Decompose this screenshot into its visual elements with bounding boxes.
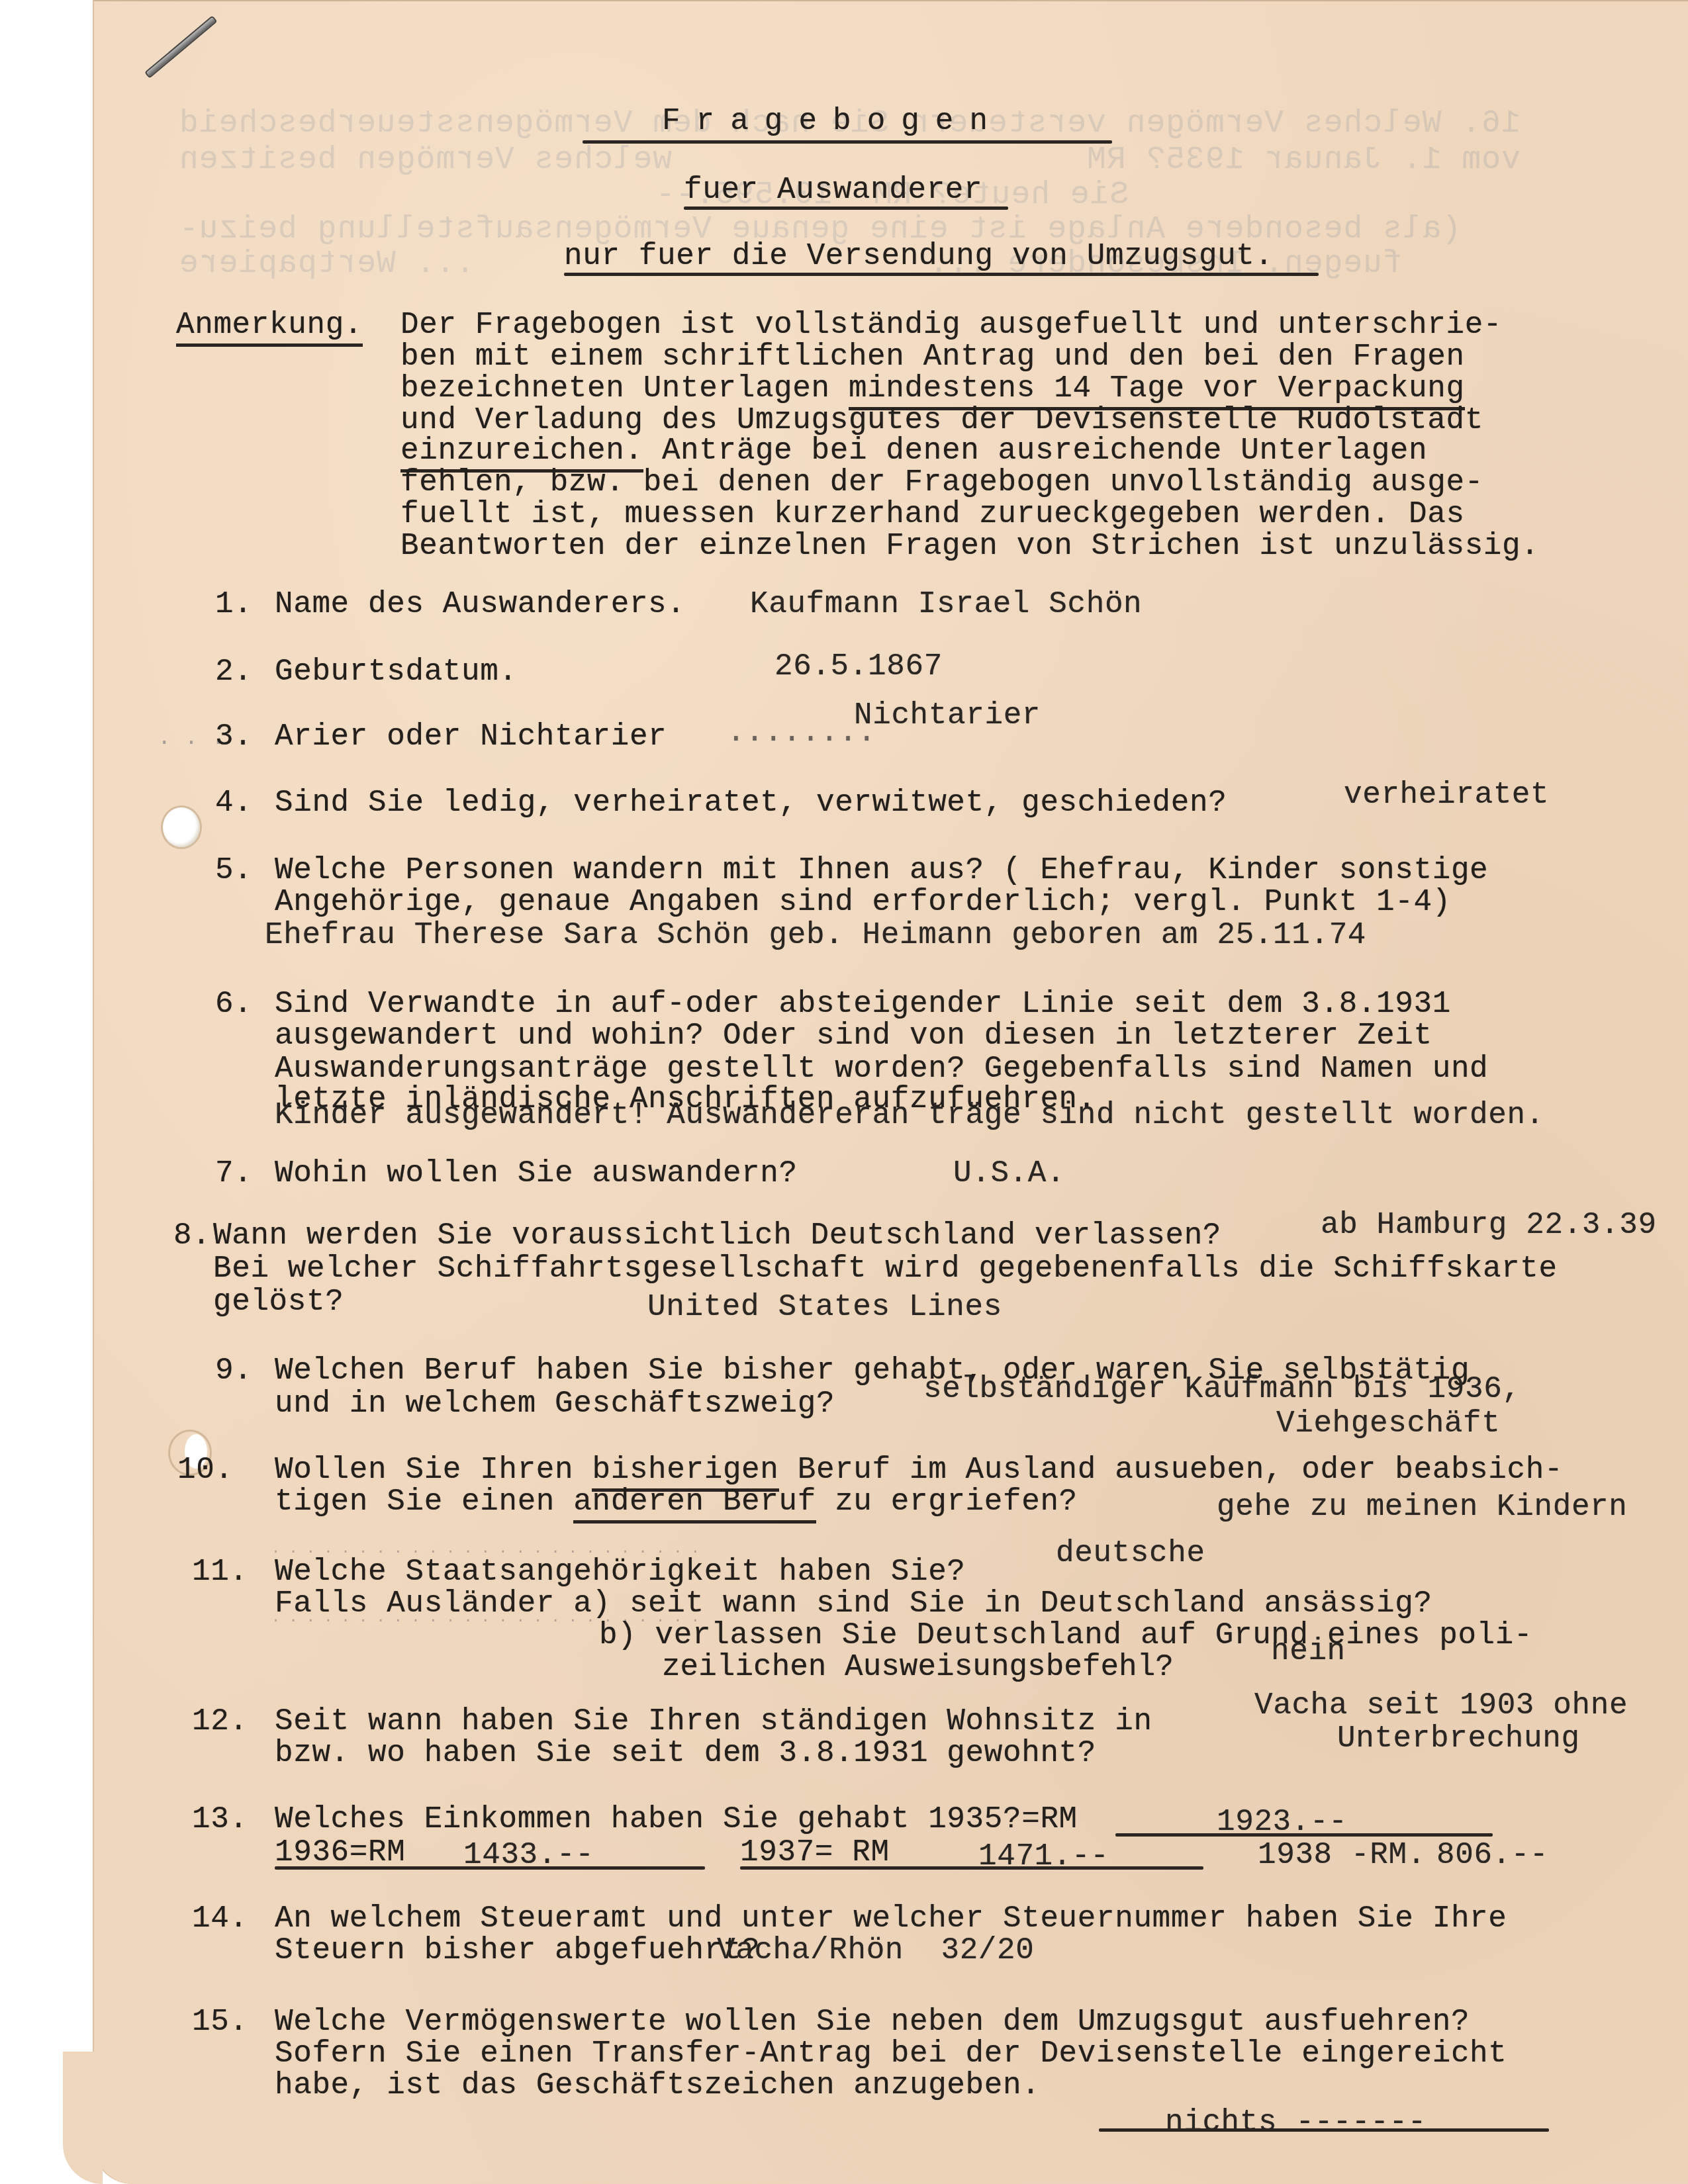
question-text: habe, ist das Geschäftszeichen anzugeben…	[275, 2069, 1040, 2102]
question-text: Steuern bisher abgefuehrt?	[275, 1934, 760, 1967]
note-line: fuellt ist, muessen kurzerhand zurueckge…	[400, 498, 1465, 531]
note-line: bezeichneten Unterlagen mindestens 14 Ta…	[400, 372, 1465, 405]
question-text: Welche Staatsangehörigkeit haben Sie?	[275, 1555, 966, 1588]
question-text: Geburtsdatum.	[275, 655, 518, 688]
note-line: ben mit einem schriftlichen Antrag und d…	[400, 340, 1465, 373]
subtitle2-underline	[564, 273, 1319, 276]
answer-ancestry: Nichtarier	[854, 699, 1041, 732]
question-text: bzw. wo haben Sie seit dem 3.8.1931 gewo…	[275, 1737, 1096, 1770]
question-text: zeilichen Ausweisungsbefehl?	[662, 1651, 1174, 1684]
question-text: Sind Sie ledig, verheiratet, verwitwet, …	[275, 786, 1227, 819]
question-text: Wollen Sie Ihren bisherigen Beruf im Aus…	[275, 1453, 1563, 1486]
question-text: Sind Verwandte in auf-oder absteigender …	[275, 987, 1451, 1021]
question-text: Welches Einkommen haben Sie gehabt 1935?…	[275, 1803, 1078, 1836]
question-number: 8.	[173, 1219, 211, 1252]
note-line: und Verladung des Umzugsgutes der Devise…	[400, 404, 1483, 437]
answer-shipping-line: United States Lines	[647, 1291, 1002, 1324]
punch-hole	[163, 807, 200, 847]
note-line-text: Anträge bei denen ausreichende Unterlage…	[643, 433, 1428, 468]
paper-edge	[63, 2052, 103, 2184]
note-label-text: Anmerkung.	[176, 308, 363, 347]
question-text: Wohin wollen Sie auswandern?	[275, 1157, 798, 1190]
question-text: und in welchem Geschäftszweig?	[275, 1387, 835, 1420]
note-line-text: bezeichneten Unterlagen	[400, 371, 849, 406]
question-text: ausgewandert und wohin? Oder sind von di…	[275, 1019, 1432, 1052]
question-text: Sofern Sie einen Transfer-Antrag bei der…	[275, 2037, 1507, 2070]
question-text: b) verlassen Sie Deutschland auf Grund e…	[599, 1619, 1532, 1652]
question-text: Welche Personen wandern mit Ihnen aus? (…	[275, 854, 1488, 887]
income-1935-underline	[1115, 1833, 1493, 1837]
label-1938: 1938 -RM.	[1258, 1839, 1426, 1872]
answer-occupation: selbständiger Kaufmann bis 1936,	[923, 1373, 1521, 1406]
answer-departure: ab Hamburg 22.3.39	[1321, 1208, 1657, 1242]
question-text: Welche Vermögenswerte wollen Sie neben d…	[275, 2005, 1470, 2038]
q10-text-d: zu ergriefen?	[816, 1484, 1078, 1519]
note-line: Der Fragebogen ist vollständig ausgefuel…	[400, 308, 1502, 341]
answer-relatives: Kinder ausgewandert! Auswandereran träge…	[275, 1099, 1544, 1132]
note-line: Beantworten der einzelnen Fragen von Str…	[400, 529, 1539, 563]
answer-assets: nichts -------	[1165, 2106, 1427, 2139]
q10-other-underlined: anderen Beruf	[573, 1484, 816, 1524]
question-text: gelöst?	[213, 1285, 344, 1318]
answer-tax-office: Vacha/Rhön 32/20	[717, 1934, 1034, 1967]
question-number: 15.	[192, 2005, 248, 2038]
answer-name: Kaufmann Israel Schön	[750, 588, 1142, 621]
question-number: 3.	[215, 720, 252, 753]
question-number: 7.	[215, 1157, 252, 1190]
question-number: 9.	[215, 1354, 252, 1387]
answer-companions: Ehefrau Therese Sara Schön geb. Heimann …	[265, 919, 1366, 952]
question-number: 4.	[215, 786, 252, 819]
question-text: tigen Sie einen anderen Beruf zu ergrief…	[275, 1485, 1078, 1518]
question-number: 11.	[192, 1555, 248, 1588]
q10-text-b: Beruf im Ausland ausueben, oder beabsich…	[779, 1453, 1564, 1487]
answer-birthdate: 26.5.1867	[774, 650, 943, 683]
income-1937-underline	[740, 1866, 1203, 1870]
subtitle-underline	[684, 206, 1008, 210]
title-underline	[583, 140, 1112, 144]
answer-marital-status: verheiratet	[1344, 778, 1549, 811]
question-number: 13.	[192, 1803, 248, 1836]
answer-residence-2: Unterbrechung	[1337, 1722, 1580, 1755]
question-number: 6.	[215, 987, 252, 1021]
question-text: Seit wann haben Sie Ihren ständigen Wohn…	[275, 1705, 1152, 1738]
question-text: Bei welcher Schiffahrtsgesellschaft wird…	[213, 1252, 1558, 1285]
income-1936-underline	[275, 1866, 705, 1870]
page-title: Fragebogen	[662, 105, 1004, 138]
question-text: Auswanderungsanträge gestellt worden? Ge…	[275, 1052, 1488, 1085]
question-number: 12.	[192, 1705, 248, 1738]
answer-assets-underline	[1099, 2128, 1549, 2132]
label-1936: 1936=RM	[275, 1836, 405, 1869]
answer-business: Viehgeschäft	[1276, 1407, 1500, 1440]
question-text: Arier oder Nichtarier	[275, 720, 667, 753]
question-number: 14.	[192, 1902, 248, 1935]
label-1937: 1937= RM	[740, 1836, 890, 1869]
question-text: An welchem Steueramt und unter welcher S…	[275, 1902, 1507, 1935]
question-number: 1.	[215, 588, 252, 621]
answer-residence: Vacha seit 1903 ohne	[1254, 1689, 1628, 1722]
question-text: Wann werden Sie voraussichtlich Deutschl…	[213, 1219, 1221, 1252]
question-number: 10.	[177, 1453, 234, 1486]
answer-destination: U.S.A.	[953, 1157, 1065, 1190]
page-subtitle: fuer Auswanderer	[684, 173, 982, 206]
question-text: Name des Auswanderers.	[275, 588, 686, 621]
note-label: Anmerkung.	[176, 308, 363, 341]
note-line: fehlen, bzw. bei denen der Fragebogen un…	[400, 466, 1483, 499]
answer-citizenship: deutsche	[1056, 1537, 1205, 1570]
note-line: einzureichen. Anträge bei denen ausreich…	[400, 434, 1427, 467]
answer-future-occupation: gehe zu meinen Kindern	[1217, 1490, 1628, 1524]
answer-expulsion: nein	[1271, 1635, 1346, 1668]
income-1938: 806.--	[1436, 1839, 1548, 1872]
question-text: Angehörige, genaue Angaben sind erforder…	[275, 886, 1451, 919]
question-number: 5.	[215, 854, 252, 887]
question-number: 2.	[215, 655, 252, 688]
q10-text-c: tigen Sie einen	[275, 1484, 573, 1519]
q10-text-a: Wollen Sie Ihren	[275, 1453, 592, 1487]
page-subtitle-2: nur fuer die Versendung von Umzugsgut.	[564, 240, 1274, 273]
